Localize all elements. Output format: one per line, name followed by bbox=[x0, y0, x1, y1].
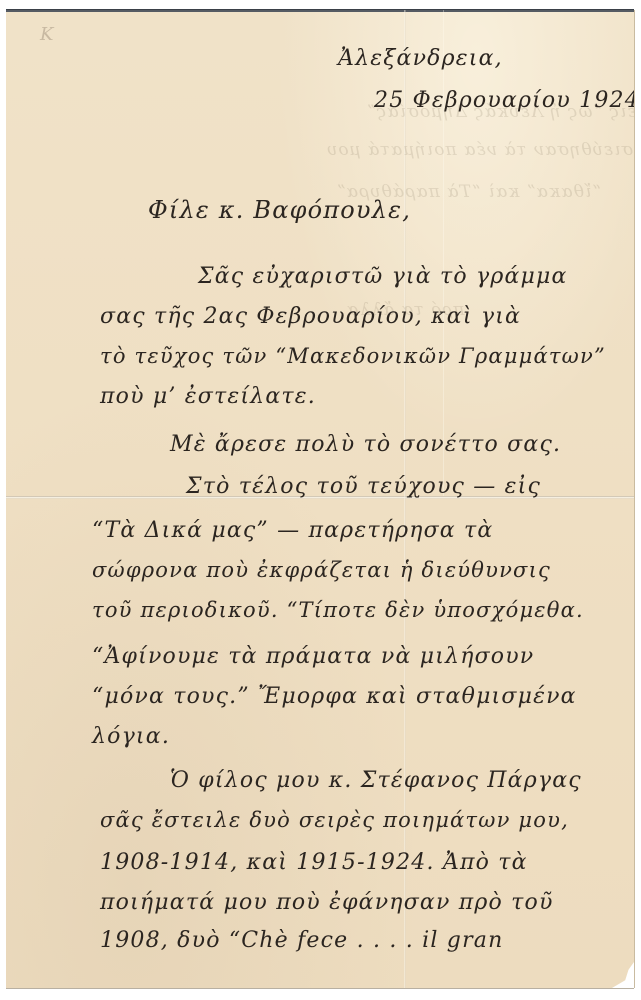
letter-line: σᾶς ἔστειλε δυὸ σειρὲς ποιημάτων μου, bbox=[100, 810, 569, 831]
letter-line: Σᾶς εὐχαριστῶ γιὰ τὸ γράμμα bbox=[198, 266, 568, 288]
letter-date: 25 Φεβρουαρίου 1924 bbox=[374, 90, 634, 112]
torn-corner bbox=[612, 962, 634, 988]
letter-line: τοῦ περιοδικοῦ. “Τίποτε δὲν ὑποσχόμεθα. bbox=[92, 600, 584, 621]
margin-pencil-mark: K bbox=[40, 24, 53, 45]
letter-line: 1908, δυὸ “Chè fece . . . . il gran bbox=[100, 930, 504, 952]
letter-line: “Ἀφίνουμε τὰ πράματα νὰ μιλήσουν bbox=[92, 646, 534, 668]
letter-salutation: Φίλε κ. Βαφόπουλε, bbox=[148, 198, 411, 222]
bleed-through-line: ἐδημοσιεύθησαν τὰ νέα ποιήματά μου bbox=[326, 140, 634, 160]
letter-paper: K Λέξεις “ὡς ἡ Λευκάς Δημοσίας” ἐδημοσιε… bbox=[6, 10, 634, 988]
vertical-crease-line bbox=[443, 10, 444, 496]
letter-line: ποὺ μ’ ἐστείλατε. bbox=[100, 386, 316, 408]
letter-place: Ἀλεξάνδρεια, bbox=[338, 48, 503, 70]
letter-line: σας τῆς 2ας Φεβρουαρίου, καὶ γιὰ bbox=[100, 306, 521, 328]
scanned-letter: K Λέξεις “ὡς ἡ Λευκάς Δημοσίας” ἐδημοσιε… bbox=[0, 0, 641, 1000]
letter-line: 1908-1914, καὶ 1915-1924. Ἀπὸ τὰ bbox=[100, 852, 528, 874]
letter-line: ποιήματά μου ποὺ ἐφάνησαν πρὸ τοῦ bbox=[100, 892, 554, 914]
letter-line: σώφρονα ποὺ ἐκφράζεται ἡ διεύθυνσις bbox=[92, 560, 551, 581]
letter-line: Ὁ φίλος μου κ. Στέφανος Πάργας bbox=[170, 770, 582, 792]
letter-line: “μόνα τους.” Ἔμορφα καὶ σταθμισμένα bbox=[92, 686, 577, 708]
letter-line: Στὸ τέλος τοῦ τεύχους — εἰς bbox=[186, 476, 541, 498]
letter-line: “Τὰ Δικά μας” — παρετήρησα τὰ bbox=[92, 520, 494, 542]
letter-line: τὸ τεῦχος τῶν “Μακεδονικῶν Γραμμάτων” bbox=[100, 346, 606, 367]
letter-line: Μὲ ἄρεσε πολὺ τὸ σονέττο σας. bbox=[170, 434, 561, 456]
letter-line: λόγια. bbox=[92, 726, 170, 748]
